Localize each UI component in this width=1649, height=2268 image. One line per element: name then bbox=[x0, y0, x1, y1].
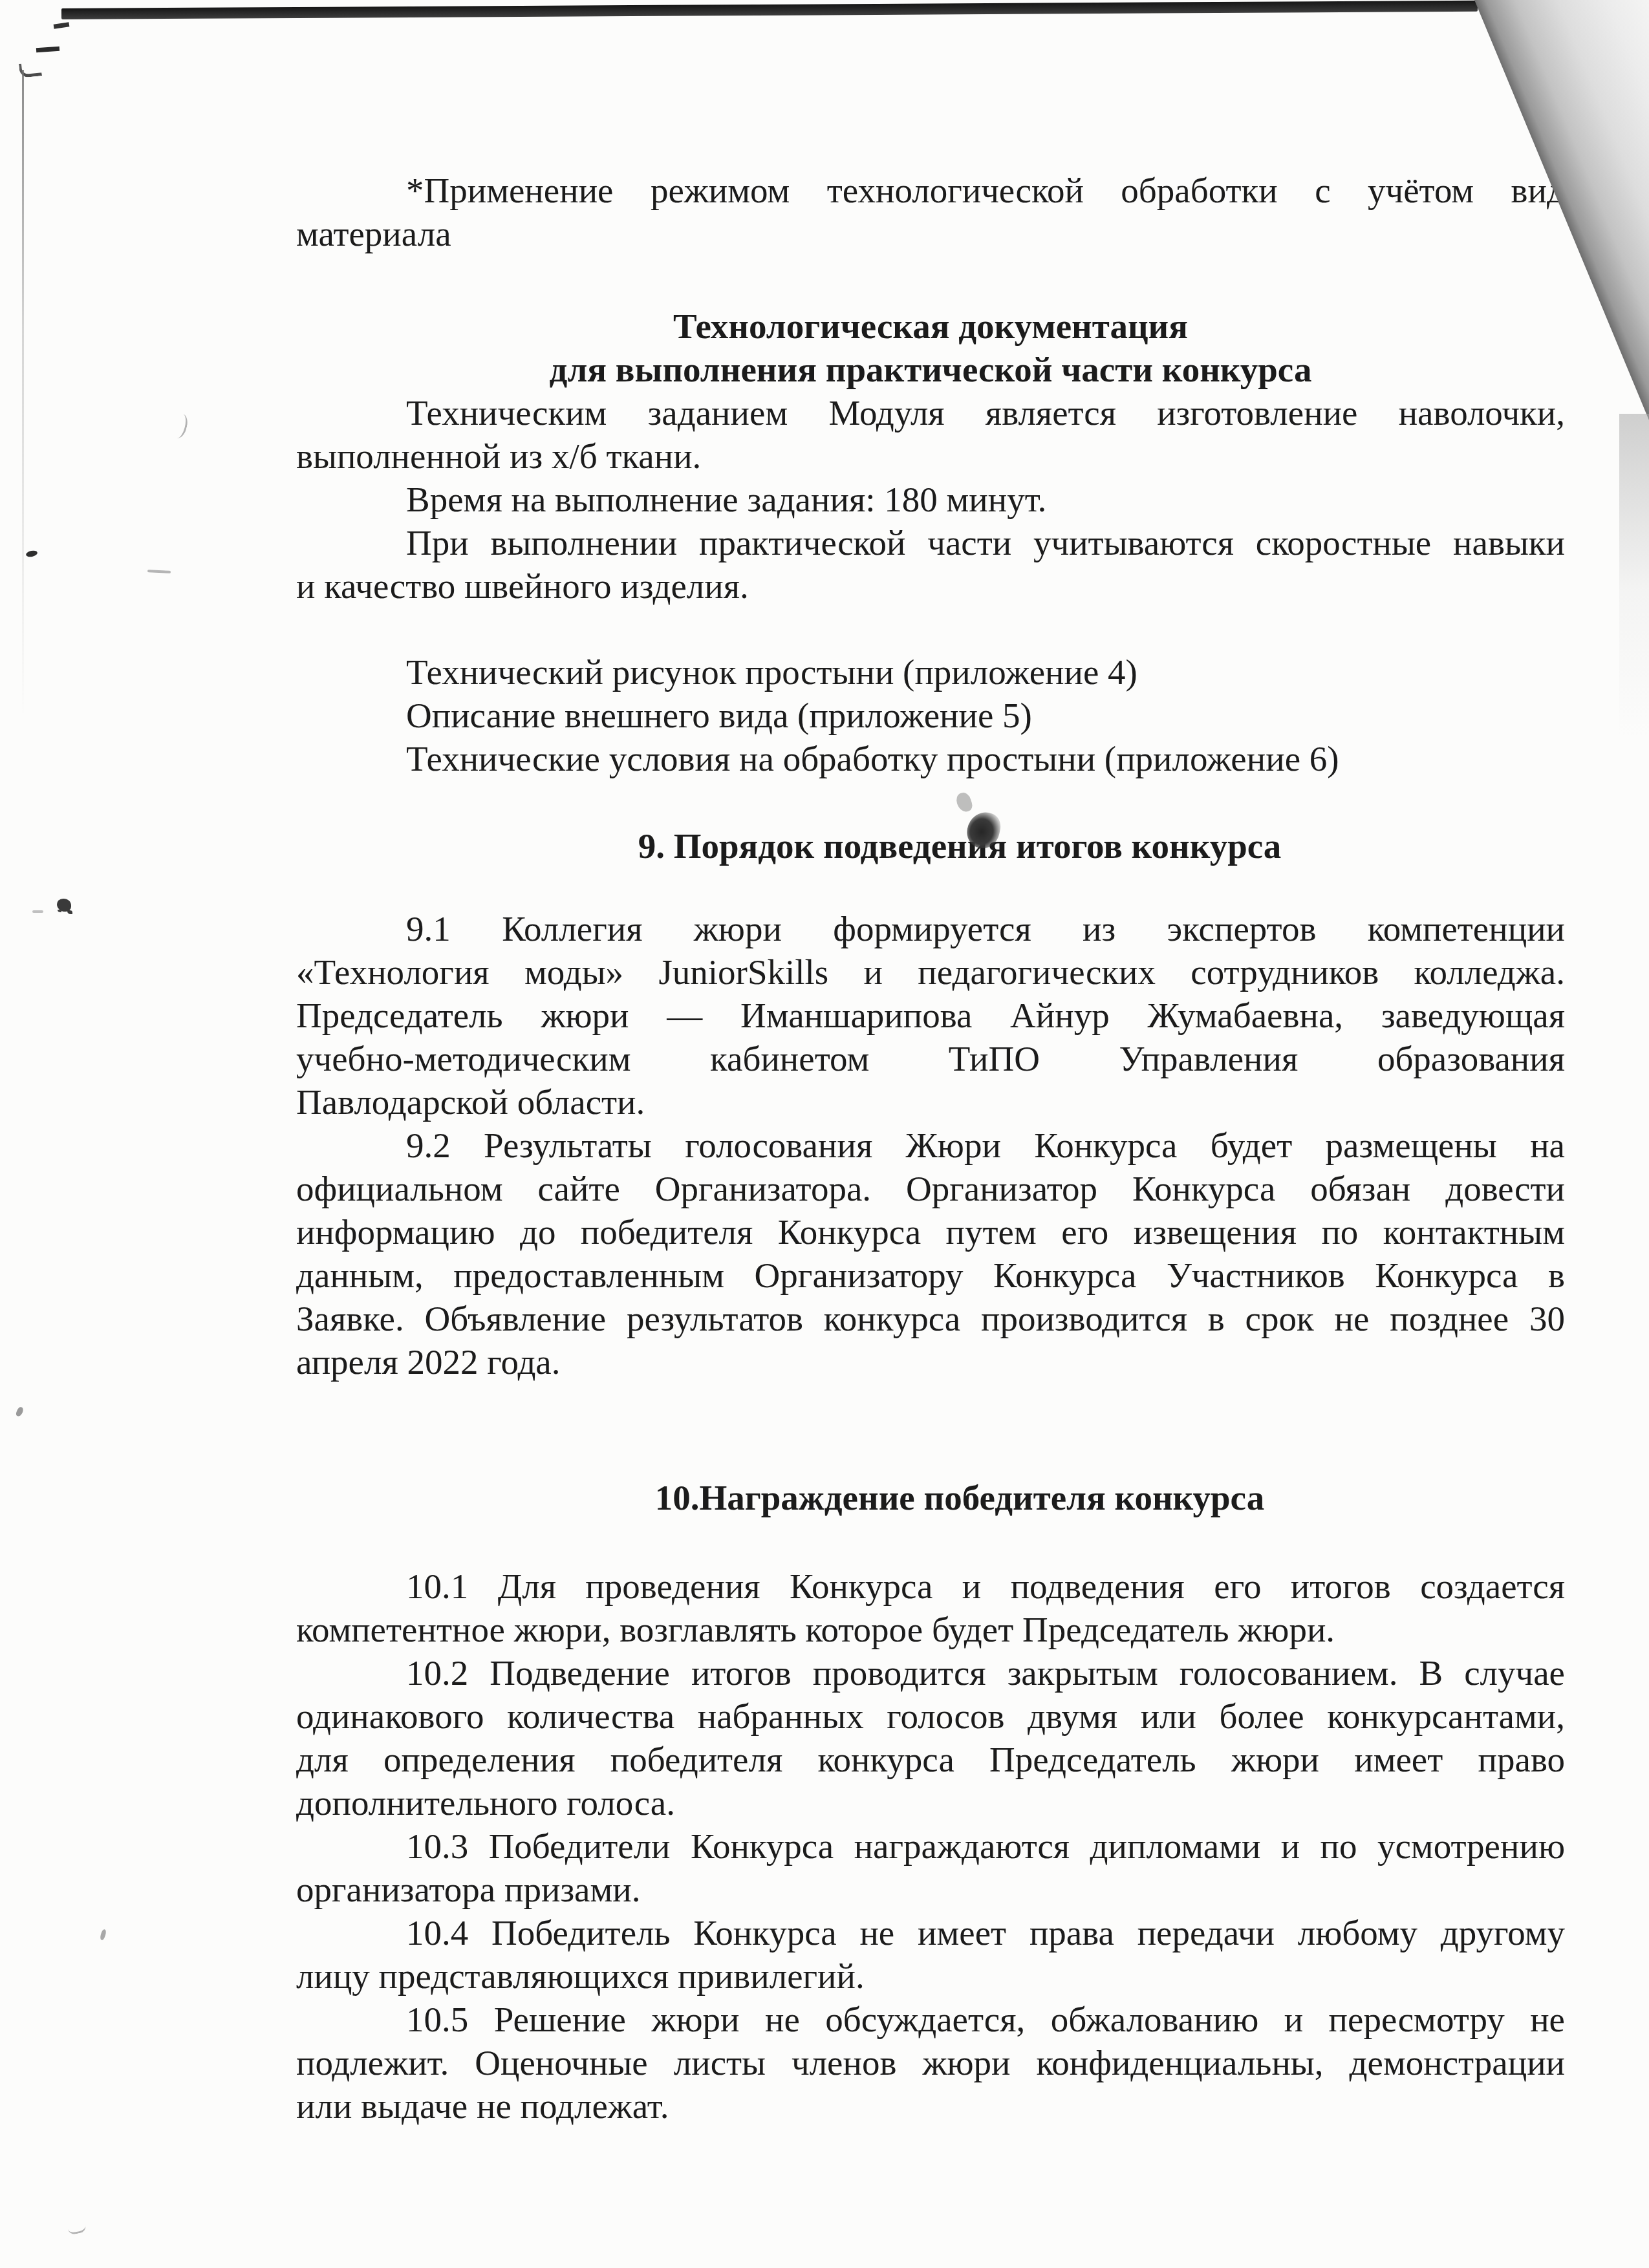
paragraph-10-3-line-2: организатора призами. bbox=[296, 1868, 1565, 1911]
paragraph-9-1-line-3: Председатель жюри — Иманшарипова Айнур Ж… bbox=[296, 994, 1565, 1037]
doc-title-line-1: Технологическая документация bbox=[296, 305, 1565, 348]
paragraph-9-1-line-2: «Технология моды» JuniorSkills и педагог… bbox=[296, 950, 1565, 994]
scan-edge-artifact bbox=[61, 1, 1478, 19]
scanned-document-page: { "colors": { "paper": "#fcfcfb", "ink":… bbox=[0, 0, 1649, 2268]
paragraph-9-2-line-4: данным, предоставленным Организатору Кон… bbox=[296, 1254, 1565, 1297]
scan-speck bbox=[171, 412, 190, 440]
paragraph-10-1-line-1: 10.1 Для проведения Конкурса и подведени… bbox=[296, 1565, 1565, 1608]
skills-line-1: При выполнении практической части учитыв… bbox=[296, 521, 1565, 564]
paragraph-10-2-line-3: для определения победителя конкурса Пред… bbox=[296, 1738, 1565, 1781]
attachment-item-2: Описание внешнего вида (приложение 5) bbox=[296, 694, 1565, 737]
paragraph-10-2-line-2: одинакового количества набранных голосов… bbox=[296, 1695, 1565, 1738]
paragraph-9-1-line-5: Павлодарской области. bbox=[296, 1080, 1565, 1124]
intro-line-2: материала bbox=[296, 212, 1565, 255]
scan-speck bbox=[57, 899, 71, 912]
paragraph-9-2-line-6: апреля 2022 года. bbox=[296, 1340, 1565, 1384]
paragraph-9-2-line-1: 9.2 Результаты голосования Жюри Конкурса… bbox=[296, 1124, 1565, 1167]
scan-speck bbox=[100, 1929, 107, 1940]
paragraph-10-2-line-1: 10.2 Подведение итогов проводится закрыт… bbox=[296, 1651, 1565, 1695]
document-text-column: *Применение режимом технологической обра… bbox=[296, 169, 1565, 2128]
section-9-heading: 9. Порядок подведения итогов конкурса bbox=[325, 824, 1594, 868]
paragraph-10-5-line-1: 10.5 Решение жюри не обсуждается, обжало… bbox=[296, 1998, 1565, 2041]
paragraph-10-4-line-2: лицу представляющихся привилегий. bbox=[296, 1954, 1565, 1998]
corner-fold-mark bbox=[19, 61, 42, 78]
section-10-heading: 10.Награждение победителя конкурса bbox=[325, 1476, 1594, 1519]
page-fold-shadow bbox=[1619, 414, 1649, 737]
scan-speck bbox=[16, 1406, 25, 1417]
scan-crease-line bbox=[22, 70, 24, 716]
paragraph-10-5-line-3: или выдаче не подлежат. bbox=[296, 2084, 1565, 2128]
paragraph-9-2-line-5: Заявке. Объявление результатов конкурса … bbox=[296, 1297, 1565, 1340]
scan-speck bbox=[66, 2216, 87, 2235]
page-background: *Применение режимом технологической обра… bbox=[0, 0, 1649, 2268]
doc-title-line-2: для выполнения практической части конкур… bbox=[296, 348, 1565, 391]
paragraph-10-2-line-4: дополнительного голоса. bbox=[296, 1781, 1565, 1824]
task-line-1: Техническим заданием Модуля является изг… bbox=[296, 391, 1565, 434]
paragraph-9-2-line-2: официальном сайте Организатора. Организа… bbox=[296, 1167, 1565, 1210]
corner-fold-mark bbox=[36, 47, 59, 52]
scan-speck bbox=[147, 570, 171, 573]
scan-speck bbox=[32, 910, 43, 913]
task-line-2: выполненной из х/б ткани. bbox=[296, 434, 1565, 478]
paragraph-10-3-line-1: 10.3 Победители Конкурса награждаются ди… bbox=[296, 1824, 1565, 1868]
paragraph-9-2-line-3: информацию до победителя Конкурса путем … bbox=[296, 1210, 1565, 1254]
intro-line-1: *Применение режимом технологической обра… bbox=[296, 169, 1565, 212]
paragraph-9-1-line-4: учебно-методическим кабинетом ТиПО Управ… bbox=[296, 1037, 1565, 1080]
attachment-item-3: Технические условия на обработку простын… bbox=[296, 737, 1565, 780]
paragraph-9-1-line-1: 9.1 Коллегия жюри формируется из эксперт… bbox=[296, 907, 1565, 950]
paragraph-10-1-line-2: компетентное жюри, возглавлять которое б… bbox=[296, 1608, 1565, 1651]
paragraph-10-5-line-2: подлежит. Оценочные листы членов жюри ко… bbox=[296, 2041, 1565, 2084]
attachment-item-1: Технический рисунок простыни (приложение… bbox=[296, 650, 1565, 694]
paragraph-10-4-line-1: 10.4 Победитель Конкурса не имеет права … bbox=[296, 1911, 1565, 1954]
skills-line-2: и качество швейного изделия. bbox=[296, 564, 1565, 608]
scan-speck bbox=[25, 550, 38, 558]
time-line-1: Время на выполнение задания: 180 минут. bbox=[296, 478, 1565, 521]
corner-fold-mark bbox=[54, 22, 70, 28]
